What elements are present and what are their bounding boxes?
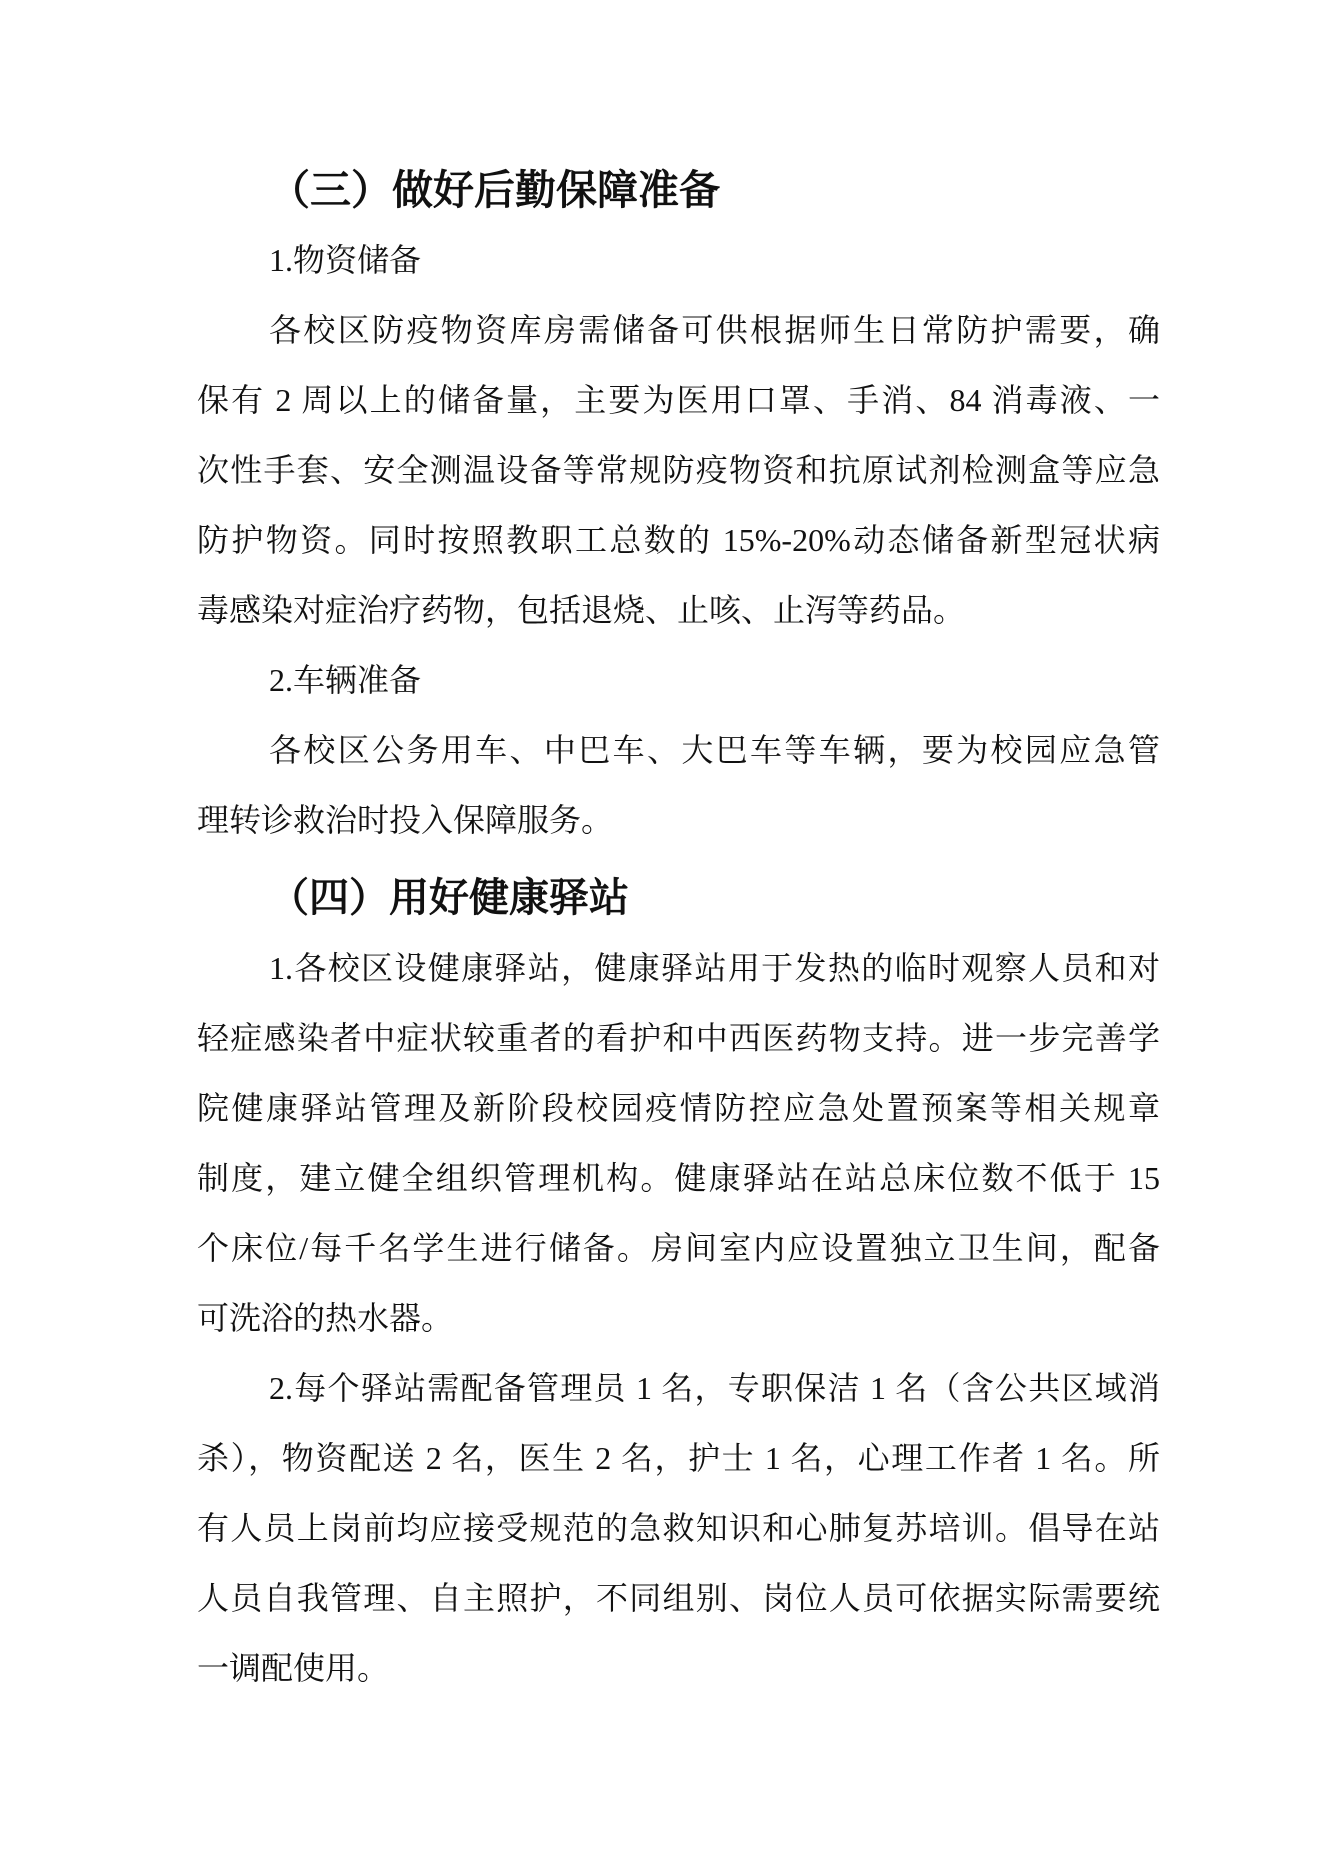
text-line: 毒感染对症治疗药物，包括退烧、止咳、止泻等药品。 [197, 575, 1160, 645]
text-line: 1.各校区设健康驿站，健康驿站用于发热的临时观察人员和对 [197, 933, 1160, 1003]
text-line: 人员自我管理、自主照护，不同组别、岗位人员可依据实际需要统 [197, 1563, 1160, 1633]
text-line: 有人员上岗前均应接受规范的急救知识和心肺复苏培训。倡导在站 [197, 1493, 1160, 1563]
document-page: （三）做好后勤保障准备1.物资储备各校区防疫物资库房需储备可供根据师生日常防护需… [0, 0, 1323, 1871]
text-line: 个床位/每千名学生进行储备。房间室内应设置独立卫生间，配备 [197, 1213, 1160, 1283]
text-line: 2.车辆准备 [197, 645, 1160, 715]
text-line: 杀），物资配送 2 名，医生 2 名，护士 1 名，心理工作者 1 名。所 [197, 1423, 1160, 1493]
text-line: 可洗浴的热水器。 [197, 1283, 1160, 1353]
text-line: 院健康驿站管理及新阶段校园疫情防控应急处置预案等相关规章 [197, 1073, 1160, 1143]
section-heading: （四）用好健康驿站 [197, 863, 1160, 933]
text-line: 1.物资储备 [197, 225, 1160, 295]
text-line: 各校区公务用车、中巴车、大巴车等车辆，要为校园应急管 [197, 715, 1160, 785]
text-line: 一调配使用。 [197, 1633, 1160, 1703]
text-line: 制度，建立健全组织管理机构。健康驿站在站总床位数不低于 15 [197, 1143, 1160, 1213]
text-line: 2.每个驿站需配备管理员 1 名，专职保洁 1 名（含公共区域消 [197, 1353, 1160, 1423]
text-line: 轻症感染者中症状较重者的看护和中西医药物支持。进一步完善学 [197, 1003, 1160, 1073]
text-line: 防护物资。同时按照教职工总数的 15%-20%动态储备新型冠状病 [197, 505, 1160, 575]
text-line: 理转诊救治时投入保障服务。 [197, 785, 1160, 855]
text-line: 各校区防疫物资库房需储备可供根据师生日常防护需要，确 [197, 295, 1160, 365]
section-heading: （三）做好后勤保障准备 [197, 155, 1160, 225]
document-body: （三）做好后勤保障准备1.物资储备各校区防疫物资库房需储备可供根据师生日常防护需… [197, 155, 1160, 1703]
text-line: 次性手套、安全测温设备等常规防疫物资和抗原试剂检测盒等应急 [197, 435, 1160, 505]
text-line: 保有 2 周以上的储备量，主要为医用口罩、手消、84 消毒液、一 [197, 365, 1160, 435]
